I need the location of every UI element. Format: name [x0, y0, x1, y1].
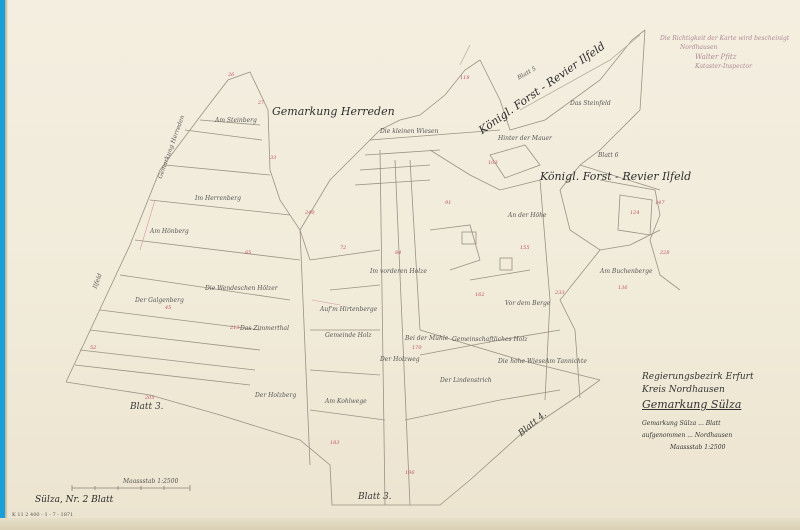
- parcel-number: 183: [330, 440, 340, 446]
- parcel-number: 52: [90, 345, 96, 351]
- label-blatt-3-left: Blatt 3.: [130, 402, 164, 412]
- label-am-kohlwege: Am Kohlwege: [325, 398, 367, 405]
- bottom-paper-edge: [0, 518, 800, 530]
- label-am-buchenberge: Am Buchenberge: [600, 268, 653, 275]
- parcel-number: 213: [230, 325, 240, 331]
- parcel-number: 147: [655, 200, 665, 206]
- parcel-number: 136: [618, 285, 628, 291]
- parcel-number: 162: [475, 292, 485, 298]
- title-line-5: aufgenommen ... Nordhausen: [642, 432, 732, 439]
- parcel-number: 240: [305, 210, 315, 216]
- parcel-number: 72: [340, 245, 346, 251]
- parcel-number: 103: [488, 160, 498, 166]
- parcel-number: 45: [165, 305, 171, 311]
- parcel-number: 205: [145, 395, 155, 401]
- label-gemarkung-herreden: Gemarkung Herreden: [272, 105, 395, 118]
- title-line-4: Gemarkung Sülza ... Blatt: [642, 420, 721, 427]
- parcel-number: 65: [245, 250, 251, 256]
- parcel-number: 118: [460, 75, 470, 81]
- label-wendeschen-holzer: Die Wendeschen Hölzer: [205, 285, 278, 292]
- label-die-kleinen-wiesen: Die kleinen Wiesen: [380, 128, 438, 135]
- parcel-number: 228: [660, 250, 670, 256]
- parcel-number: 155: [520, 245, 530, 251]
- parcel-number: 124: [630, 210, 640, 216]
- title-scale: Maassstab 1:2500: [670, 444, 725, 451]
- title-kreis: Kreis Nordhausen: [642, 385, 725, 395]
- label-im-herrenberg: Im Herrenberg: [195, 195, 241, 202]
- parcel-number: 26: [228, 72, 234, 78]
- title-regierungsbezirk: Regierungsbezirk Erfurt: [642, 372, 754, 382]
- label-blatt-3-bottom: Blatt 3.: [358, 492, 392, 502]
- label-der-holzweg: Der Holzweg: [380, 356, 420, 363]
- scale-bar-label: Maassstab 1:2500: [123, 478, 178, 485]
- label-am-steinberg: Am Steinberg: [215, 117, 257, 124]
- parcel-number: 27: [258, 100, 264, 106]
- parcel-number: 170: [412, 345, 422, 351]
- parcel-number: 91: [445, 200, 451, 206]
- label-gemeinschaftliches-holz: Gemeinschaftliches Holz: [452, 336, 527, 343]
- label-an-der-hohe: An der Höhe: [508, 212, 547, 219]
- label-zimmertal: Das Zimmerthal: [240, 325, 289, 332]
- map-sheet: Gemarkung Herreden Königl. Forst - Revie…: [0, 0, 800, 530]
- label-im-vorderen-holze: Im vorderen Holze: [370, 268, 427, 275]
- title-gemarkung: Gemarkung Sülza: [642, 398, 741, 411]
- note-line-3: Walter Pfitz: [695, 53, 736, 61]
- label-bei-der-muehle: Bei der Mühle: [405, 335, 448, 342]
- label-der-galgenberg: Der Galgenberg: [135, 297, 184, 304]
- label-blatt-6: Blatt 6: [598, 152, 618, 159]
- scale-bar: [72, 485, 190, 491]
- note-line-2: Nordhausen: [680, 44, 717, 51]
- label-der-lindenstrich: Der Lindenstrich: [440, 377, 492, 384]
- note-line-4: Kataster-Inspector: [695, 63, 752, 70]
- label-hinter-der-mauer: Hinter der Mauer: [498, 135, 552, 142]
- label-vor-dem-berge: Vor dem Berge: [505, 300, 550, 307]
- note-line-1: Die Richtigkeit der Karte wird bescheini…: [660, 35, 789, 42]
- label-das-steinfeld: Das Steinfeld: [570, 100, 611, 107]
- label-am-tannichte: Am Tannichte: [545, 358, 587, 365]
- parcel-number: 233: [555, 290, 565, 296]
- label-am-hoenberg: Am Hönberg: [150, 228, 189, 235]
- label-aufm-hirtenberge: Auf'm Hirtenberge: [320, 306, 377, 313]
- parcel-number: 33: [270, 155, 276, 161]
- parcel-number: 196: [405, 470, 415, 476]
- parcel-number: 84: [395, 250, 401, 256]
- label-gemeinde-holz: Gemeinde Holz: [325, 332, 372, 339]
- label-die-hohe-wiese: Die hohe Wiese: [498, 358, 545, 365]
- sheet-title: Sülza, Nr. 2 Blatt: [35, 495, 113, 505]
- label-der-holzberg: Der Holzberg: [255, 392, 296, 399]
- label-forst-revier-2: Königl. Forst - Revier Ilfeld: [540, 170, 691, 183]
